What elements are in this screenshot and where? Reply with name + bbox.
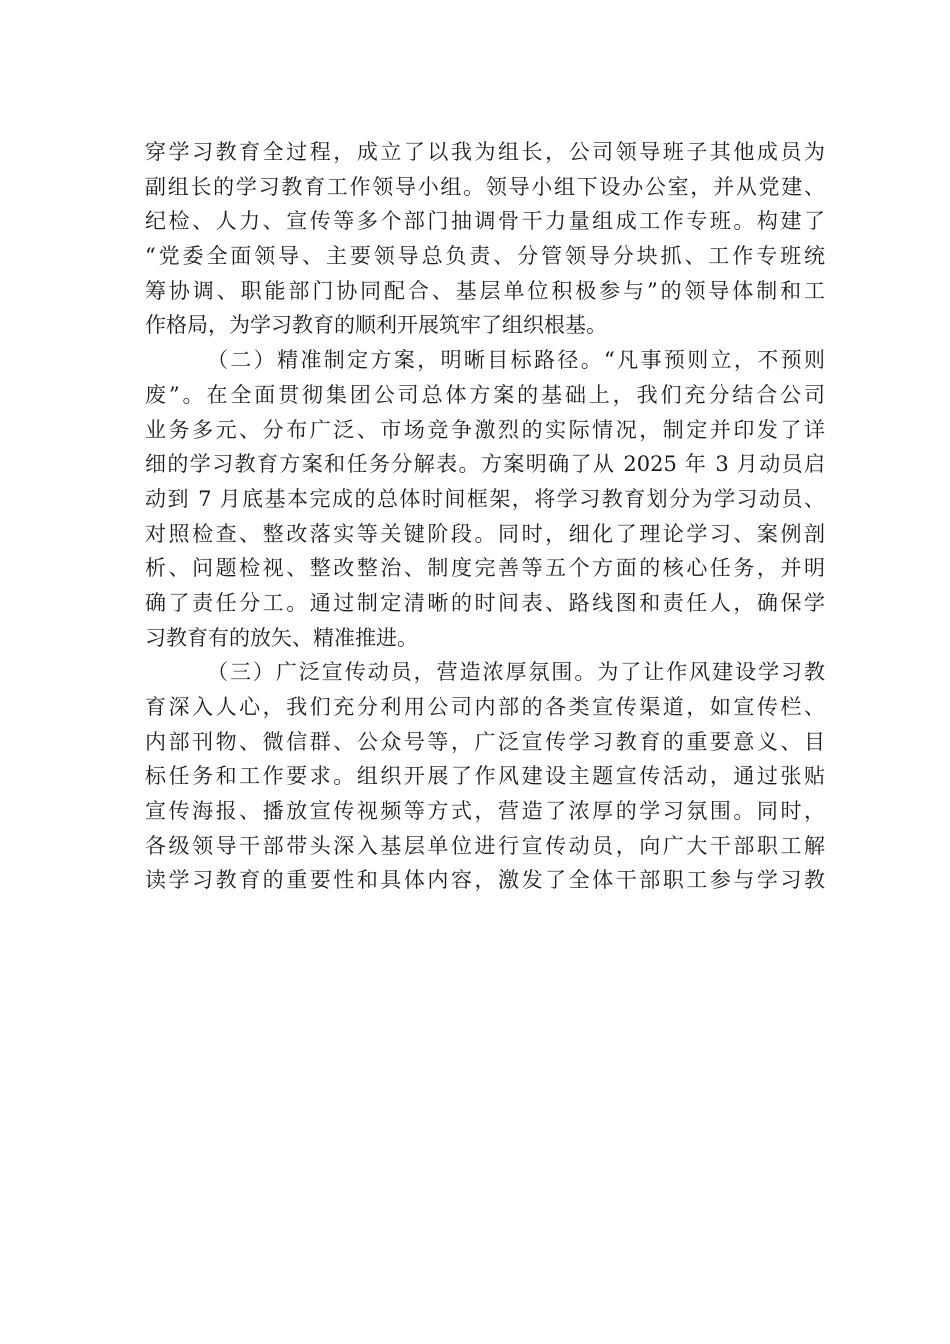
paragraph-section-2-plan: （二）精准制定方案，明晰目标路径。“凡事预则立，不预则 废”。在全面贯彻集团公司… [145, 343, 825, 655]
text-line: 废”。在全面贯彻集团公司总体方案的基础上，我们充分结合公司 [145, 378, 825, 413]
text-line: 作格局，为学习教育的顺利开展筑牢了组织根基。 [145, 308, 825, 343]
text-line: 标任务和工作要求。组织开展了作风建设主题宣传活动，通过张贴 [145, 759, 825, 794]
text-line: 纪检、人力、宣传等多个部门抽调骨干力量组成工作专班。构建了 [145, 204, 825, 239]
text-line: 细的学习教育方案和任务分解表。方案明确了从 2025 年 3 月动员启 [145, 447, 825, 482]
text-line: 内部刊物、微信群、公众号等，广泛宣传学习教育的重要意义、目 [145, 725, 825, 760]
section-heading-line: （二）精准制定方案，明晰目标路径。“凡事预则立，不预则 [145, 343, 825, 378]
text-line: 副组长的学习教育工作领导小组。领导小组下设办公室，并从党建、 [145, 170, 825, 205]
text-line: 宣传海报、播放宣传视频等方式，营造了浓厚的学习氛围。同时， [145, 794, 825, 829]
paragraph-leadership-structure: 穿学习教育全过程，成立了以我为组长，公司领导班子其他成员为 副组长的学习教育工作… [145, 135, 825, 343]
text-line: 习教育有的放矢、精准推进。 [145, 621, 825, 656]
text-line: 各级领导干部带头深入基层单位进行宣传动员，向广大干部职工解 [145, 829, 825, 864]
text-line: 穿学习教育全过程，成立了以我为组长，公司领导班子其他成员为 [145, 135, 825, 170]
text-line: 业务多元、分布广泛、市场竞争激烈的实际情况，制定并印发了详 [145, 413, 825, 448]
document-page: 穿学习教育全过程，成立了以我为组长，公司领导班子其他成员为 副组长的学习教育工作… [145, 135, 825, 898]
text-line: 确了责任分工。通过制定清晰的时间表、路线图和责任人，确保学 [145, 586, 825, 621]
paragraph-section-3-publicity: （三）广泛宣传动员，营造浓厚氛围。为了让作风建设学习教 育深入人心，我们充分利用… [145, 655, 825, 898]
text-line: 对照检查、整改落实等关键阶段。同时，细化了理论学习、案例剖 [145, 517, 825, 552]
text-line: 读学习教育的重要性和具体内容，激发了全体干部职工参与学习教 [145, 863, 825, 898]
text-line: “党委全面领导、主要领导总负责、分管领导分块抓、工作专班统 [145, 239, 825, 274]
text-line: 析、问题检视、整改整治、制度完善等五个方面的核心任务，并明 [145, 551, 825, 586]
text-line: 育深入人心，我们充分利用公司内部的各类宣传渠道，如宣传栏、 [145, 690, 825, 725]
text-line: 动到 7 月底基本完成的总体时间框架，将学习教育划分为学习动员、 [145, 482, 825, 517]
section-heading-line: （三）广泛宣传动员，营造浓厚氛围。为了让作风建设学习教 [145, 655, 825, 690]
text-line: 筹协调、职能部门协同配合、基层单位积极参与”的领导体制和工 [145, 274, 825, 309]
